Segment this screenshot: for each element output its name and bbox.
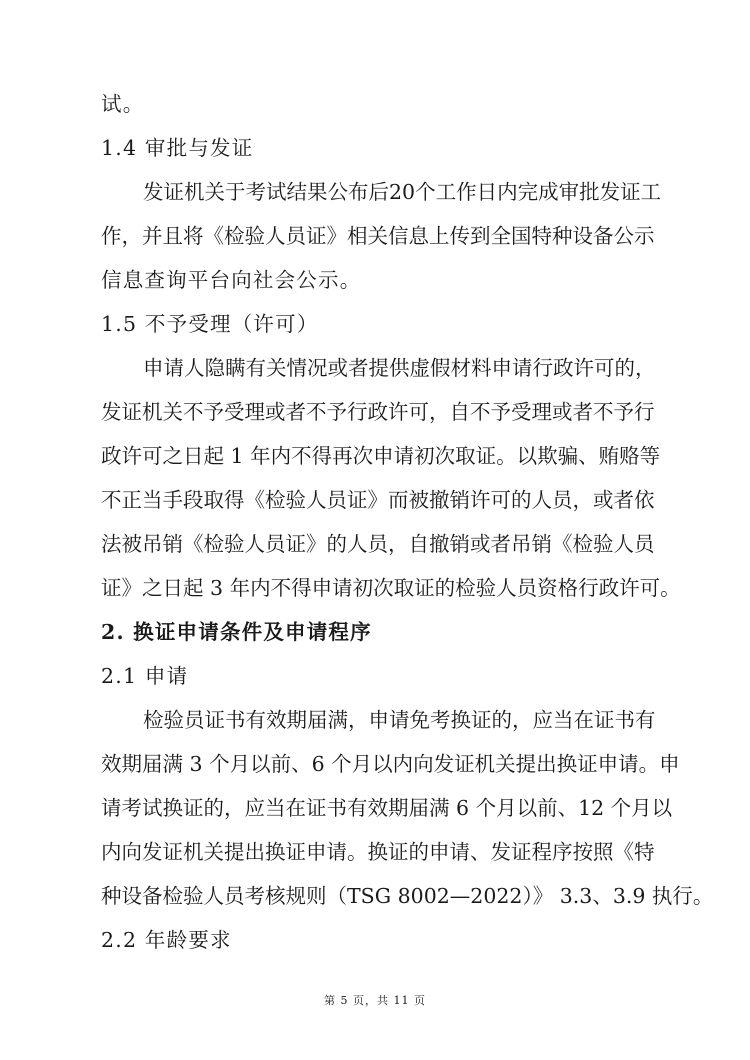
- page-number: 第 5 页，共 11 页: [0, 992, 750, 1008]
- paragraph-line: 政许可之日起 1 年内不得再次申请初次取证。以欺骗、贿赂等: [101, 444, 651, 468]
- section-heading-2-1: 2.1 申请: [101, 664, 651, 688]
- paragraph-line: 检验员证书有效期届满，申请免考换证的，应当在证书有: [143, 708, 651, 732]
- paragraph-line: 作，并且将《检验人员证》相关信息上传到全国特种设备公示: [101, 224, 651, 248]
- paragraph-line: 证》之日起 3 年内不得申请初次取证的检验人员资格行政许可。: [101, 576, 651, 600]
- paragraph-line: 效期届满 3 个月以前、6 个月以内向发证机关提出换证申请。申: [101, 752, 651, 776]
- paragraph-line: 种设备检验人员考核规则（TSG 8002—2022）》 3.3、3.9 执行。: [101, 884, 651, 908]
- paragraph-line: 信息查询平台向社会公示。: [101, 268, 651, 292]
- section-heading-1-5: 1.5 不予受理（许可）: [101, 312, 651, 336]
- section-heading-2-2: 2.2 年龄要求: [101, 928, 651, 952]
- paragraph-line: 请考试换证的，应当在证书有效期届满 6 个月以前、12 个月以: [101, 796, 651, 820]
- section-heading-1-4: 1.4 审批与发证: [101, 136, 651, 160]
- paragraph-line: 发证机关于考试结果公布后20个工作日内完成审批发证工: [143, 180, 651, 204]
- paragraph-line: 内向发证机关提出换证申请。换证的申请、发证程序按照《特: [101, 840, 651, 864]
- section-heading-2: 2. 换证申请条件及申请程序: [101, 620, 651, 644]
- text-line: 试。: [101, 92, 651, 116]
- paragraph-line: 发证机关不予受理或者不予行政许可，自不予受理或者不予行: [101, 400, 651, 424]
- paragraph-line: 申请人隐瞒有关情况或者提供虚假材料申请行政许可的，: [143, 356, 651, 380]
- paragraph-line: 法被吊销《检验人员证》的人员，自撤销或者吊销《检验人员: [101, 532, 651, 556]
- paragraph-line: 不正当手段取得《检验人员证》而被撤销许可的人员，或者依: [101, 488, 651, 512]
